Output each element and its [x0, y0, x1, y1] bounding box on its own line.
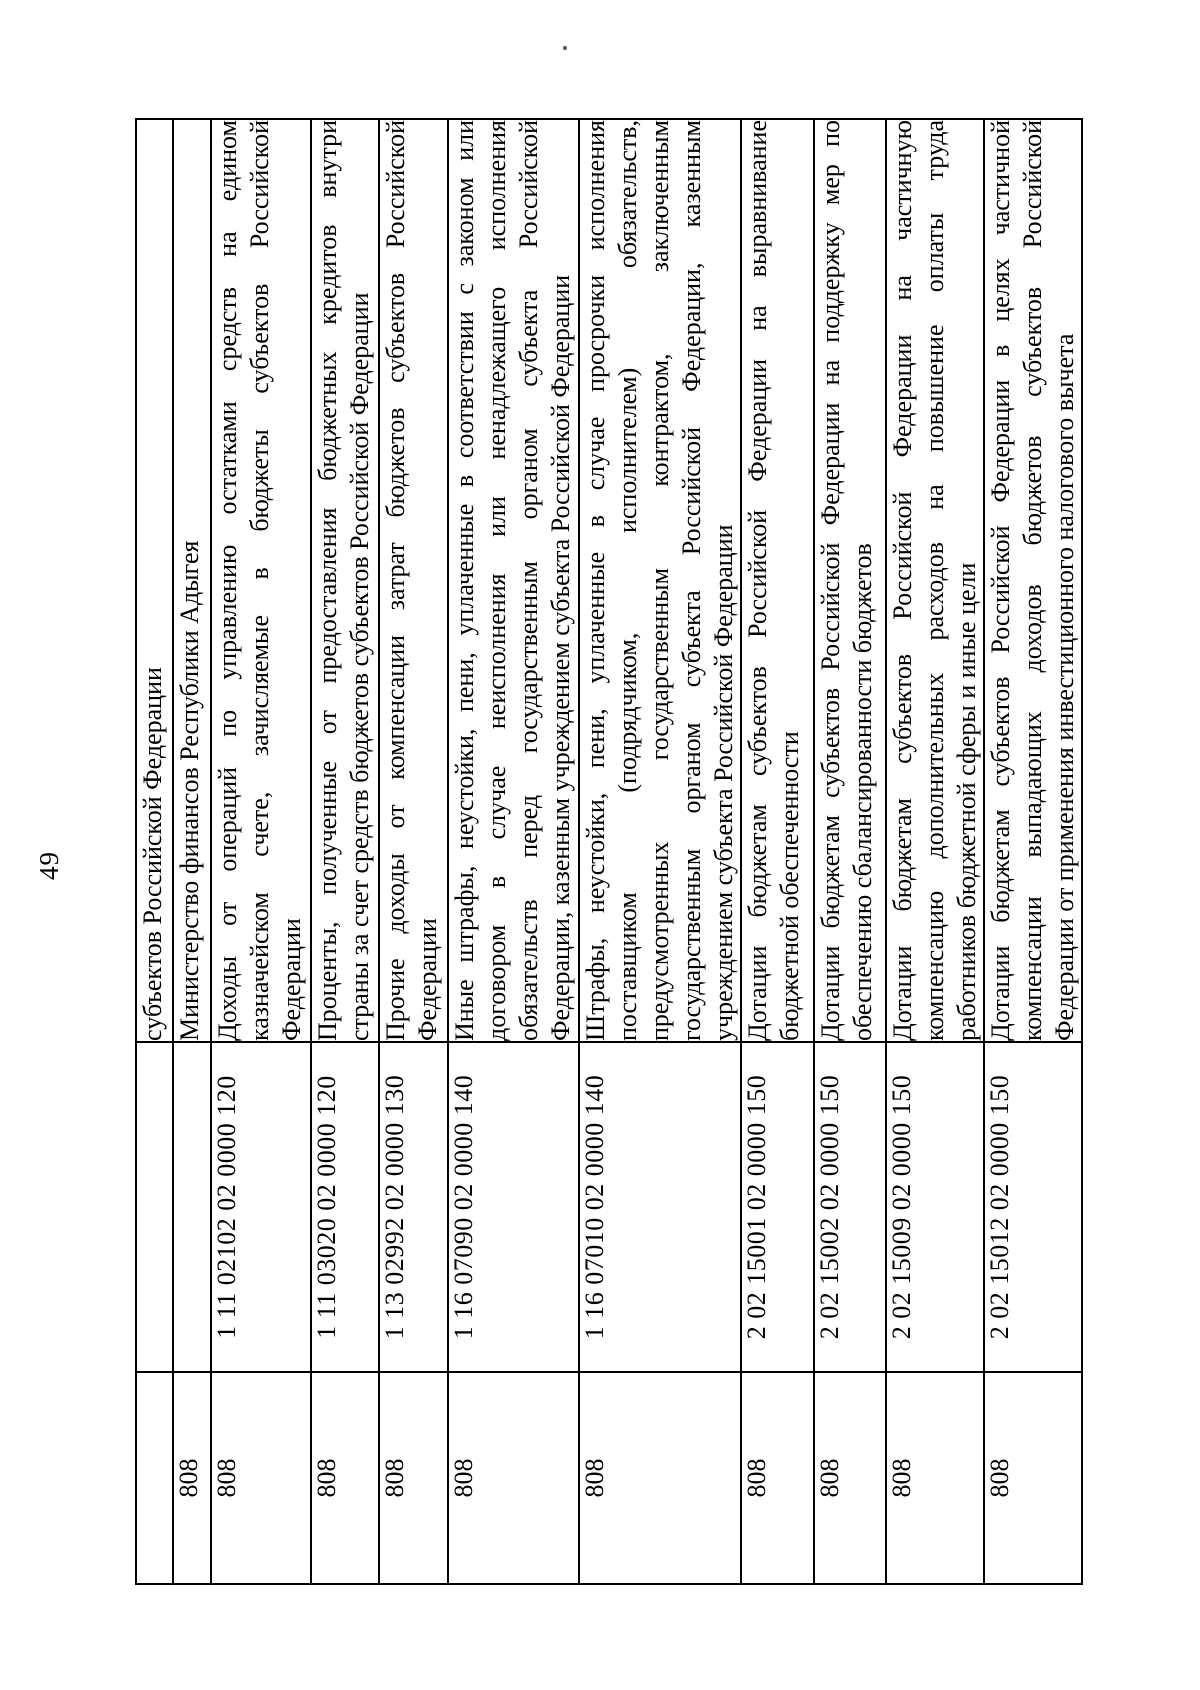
table-row: 8081 11 03020 02 0000 120Проценты, получ…: [311, 119, 379, 1584]
cell-revenue-name: субъектов Российской Федерации: [136, 119, 173, 1042]
revenue-name-line: Иные штрафы, неустойки, пени, уплаченные…: [449, 120, 481, 1041]
cell-admin-code: [136, 1372, 173, 1584]
cell-budget-classification-code: [173, 1042, 211, 1372]
cell-admin-code: 808: [579, 1372, 741, 1584]
scan-artifact-dot: [563, 46, 567, 50]
revenue-name-line: страны за счет средств бюджетов субъекто…: [344, 120, 376, 1041]
table-row: 8081 16 07010 02 0000 140Штрафы, неустой…: [579, 119, 741, 1584]
revenue-name-line: Дотации бюджетам субъектов Российской Фе…: [815, 120, 847, 1041]
cell-revenue-name: Министерство финансов Республики Адыгея: [173, 119, 211, 1042]
cell-revenue-name: Прочие доходы от компенсации затрат бюдж…: [379, 119, 448, 1042]
cell-budget-classification-code: 1 11 02102 02 0000 120: [211, 1042, 311, 1372]
revenue-name-line: договором в случае неисполнения или нена…: [481, 120, 513, 1041]
table-row: субъектов Российской Федерации: [136, 119, 173, 1584]
revenue-name-line: учреждением субъекта Российской Федераци…: [708, 120, 740, 1041]
revenue-name-line: обеспечению сбалансированности бюджетов: [847, 120, 879, 1041]
cell-admin-code: 808: [741, 1372, 814, 1584]
revenue-name-line: казначейском счете, зачисляемые в бюджет…: [244, 120, 276, 1041]
table-row: 8082 02 15009 02 0000 150Дотации бюджета…: [886, 119, 984, 1584]
cell-budget-classification-code: 2 02 15001 02 0000 150: [741, 1042, 814, 1372]
cell-revenue-name: Доходы от операций по управлению остатка…: [211, 119, 311, 1042]
table-row: 8081 16 07090 02 0000 140Иные штрафы, не…: [448, 119, 579, 1584]
cell-budget-classification-code: [136, 1042, 173, 1372]
cell-admin-code: 808: [984, 1372, 1082, 1584]
cell-budget-classification-code: 1 11 03020 02 0000 120: [311, 1042, 379, 1372]
cell-admin-code: 808: [173, 1372, 211, 1584]
page-number: 49: [34, 851, 65, 880]
revenue-name-line: Дотации бюджетам субъектов Российской Фе…: [887, 120, 919, 1041]
cell-admin-code: 808: [379, 1372, 448, 1584]
revenue-name-line: Проценты, полученные от предоставления б…: [312, 120, 344, 1041]
cell-budget-classification-code: 2 02 15002 02 0000 150: [814, 1042, 886, 1372]
revenue-name-line: компенсацию дополнительных расходов на п…: [919, 120, 951, 1041]
table-row: 8081 13 02992 02 0000 130Прочие доходы о…: [379, 119, 448, 1584]
revenue-name-line: Федерации, казенным учреждением субъекта…: [545, 120, 577, 1041]
table-row: 8081 11 02102 02 0000 120Доходы от опера…: [211, 119, 311, 1584]
revenue-name-line: Дотации бюджетам субъектов Российской Фе…: [742, 120, 774, 1041]
table-row: 8082 02 15002 02 0000 150Дотации бюджета…: [814, 119, 886, 1584]
cell-budget-classification-code: 1 13 02992 02 0000 130: [379, 1042, 448, 1372]
revenue-name-line: поставщиком (подрядчиком, исполнителем) …: [612, 120, 644, 1041]
cell-admin-code: 808: [886, 1372, 984, 1584]
revenue-name-line: Штрафы, неустойки, пени, уплаченные в сл…: [580, 120, 612, 1041]
revenue-name-line: Прочие доходы от компенсации затрат бюдж…: [380, 120, 412, 1041]
cell-admin-code: 808: [211, 1372, 311, 1584]
cell-revenue-name: Иные штрафы, неустойки, пени, уплаченные…: [448, 119, 579, 1042]
revenue-name-line: Доходы от операций по управлению остатка…: [212, 120, 244, 1041]
cell-admin-code: 808: [448, 1372, 579, 1584]
revenue-name-line: бюджетной обеспеченности: [774, 120, 806, 1041]
cell-budget-classification-code: 1 16 07090 02 0000 140: [448, 1042, 579, 1372]
table-row: 8082 02 15001 02 0000 150Дотации бюджета…: [741, 119, 814, 1584]
revenue-name-line: государственным органом субъекта Российс…: [676, 120, 708, 1041]
cell-admin-code: 808: [814, 1372, 886, 1584]
revenue-name-line: Федерации: [412, 120, 444, 1041]
rotated-landscape-layer: 49 субъектов Российской Федерации808Мини…: [0, 0, 1200, 1690]
table-row: 8082 02 15012 02 0000 150Дотации бюджета…: [984, 119, 1082, 1584]
revenue-name-line: Федерации от применения инвестиционного …: [1049, 120, 1081, 1041]
cell-admin-code: 808: [311, 1372, 379, 1584]
revenue-name-line: Федерации: [276, 120, 308, 1041]
cell-revenue-name: Проценты, полученные от предоставления б…: [311, 119, 379, 1042]
revenue-name-line: обязательств перед государственным орган…: [513, 120, 545, 1041]
budget-codes-table-body: субъектов Российской Федерации808Министе…: [136, 119, 1082, 1584]
budget-codes-table: субъектов Российской Федерации808Министе…: [135, 118, 1083, 1585]
cell-budget-classification-code: 1 16 07010 02 0000 140: [579, 1042, 741, 1372]
cell-revenue-name: Дотации бюджетам субъектов Российской Фе…: [984, 119, 1082, 1042]
scanned-document-page: 49 субъектов Российской Федерации808Мини…: [0, 0, 1200, 1690]
cell-revenue-name: Штрафы, неустойки, пени, уплаченные в сл…: [579, 119, 741, 1042]
revenue-name-line: субъектов Российской Федерации: [137, 120, 169, 1041]
table-row: 808Министерство финансов Республики Адыг…: [173, 119, 211, 1584]
revenue-name-line: Дотации бюджетам субъектов Российской Фе…: [985, 120, 1017, 1041]
revenue-name-line: Министерство финансов Республики Адыгея: [174, 120, 206, 1041]
revenue-name-line: работников бюджетной сферы и иные цели: [951, 120, 983, 1041]
cell-revenue-name: Дотации бюджетам субъектов Российской Фе…: [741, 119, 814, 1042]
revenue-name-line: компенсации выпадающих доходов бюджетов …: [1017, 120, 1049, 1041]
cell-budget-classification-code: 2 02 15009 02 0000 150: [886, 1042, 984, 1372]
cell-budget-classification-code: 2 02 15012 02 0000 150: [984, 1042, 1082, 1372]
cell-revenue-name: Дотации бюджетам субъектов Российской Фе…: [886, 119, 984, 1042]
revenue-name-line: предусмотренных государственным контракт…: [644, 120, 676, 1041]
cell-revenue-name: Дотации бюджетам субъектов Российской Фе…: [814, 119, 886, 1042]
